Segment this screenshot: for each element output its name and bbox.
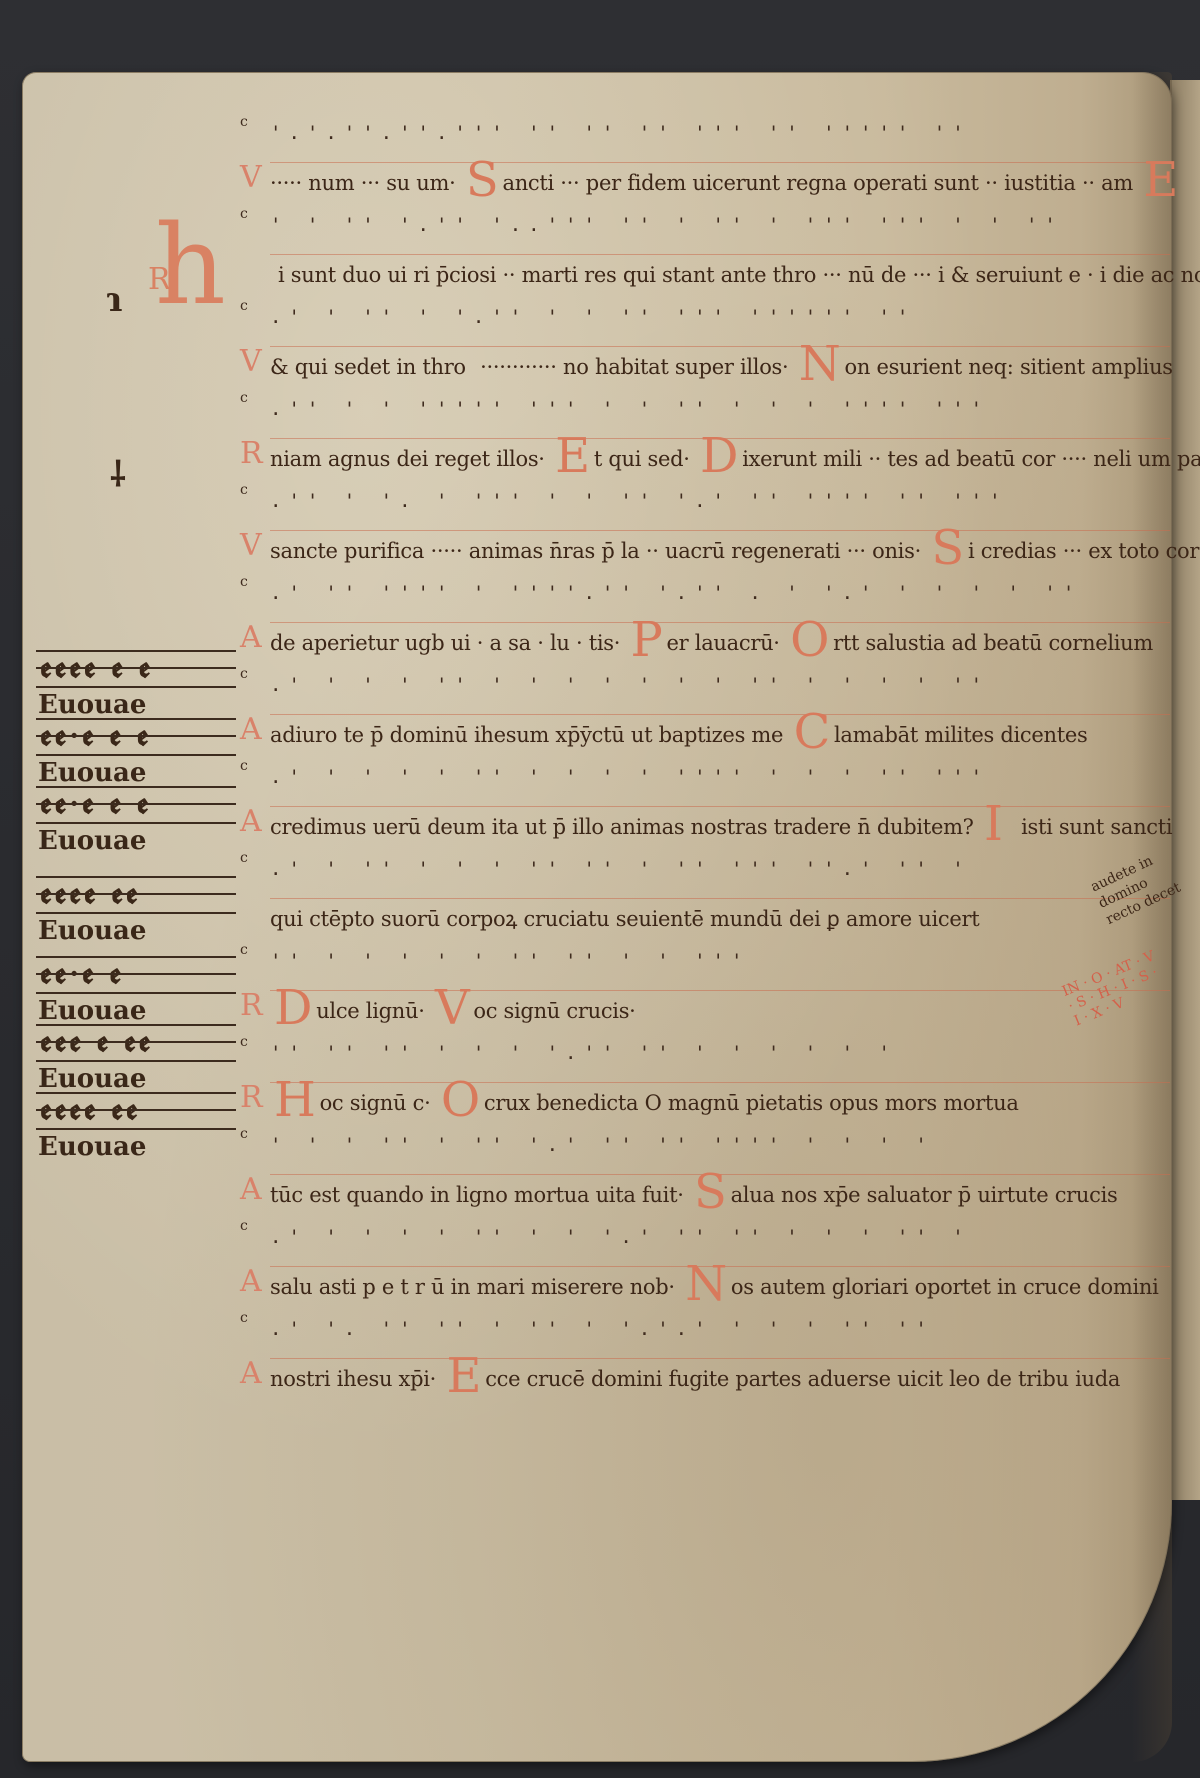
chant-text-line: de aperietur ugb ui · a sa · lu · tis· P… bbox=[270, 626, 1170, 655]
text-main: cce crucē domini fugite partes aduerse u… bbox=[485, 1367, 1120, 1391]
euouae-label: Euouae bbox=[38, 1132, 250, 1162]
chant-system: c .ꞌ ꞌ ꞌ ꞌ ꞌ ꞌꞌ ꞌ ꞌ ꞌ ꞌ ꞌꞌꞌꞌ ꞌ ꞌ ꞌ ꞌꞌ ꞌꞌ… bbox=[240, 754, 1170, 846]
rubricated-initial-2: E bbox=[1143, 152, 1178, 208]
chant-system: c .ꞌ ꞌ. ꞌꞌ ꞌꞌ ꞌ ꞌꞌ ꞌ ꞌ.ꞌ.ꞌ ꞌ ꞌ ꞌ ꞌꞌ ꞌꞌ A… bbox=[240, 1306, 1170, 1398]
rubricated-initial: D bbox=[274, 980, 312, 1036]
text-pre: adiuro te p̄ dominū ihesum xp̄ȳctū ut ba… bbox=[270, 723, 783, 747]
neume-row: ꞌꞌ ꞌꞌ ꞌꞌ ꞌ ꞌ ꞌ ꞌ.ꞌꞌ ꞌꞌ ꞌ ꞌ ꞌ ꞌ ꞌ ꞌ bbox=[270, 1042, 1170, 1083]
chant-text-line: ····· num ··· su um· Sancti ··· per fide… bbox=[270, 166, 1170, 195]
chant-system: c ꞌꞌ ꞌꞌ ꞌꞌ ꞌ ꞌ ꞌ ꞌ.ꞌꞌ ꞌꞌ ꞌ ꞌ ꞌ ꞌ ꞌ ꞌ R H… bbox=[240, 1030, 1170, 1122]
chant-system: c .ꞌ ꞌ ꞌꞌ ꞌ ꞌ.ꞌꞌ ꞌ ꞌ ꞌꞌ ꞌꞌꞌ ꞌꞌꞌꞌꞌꞌ ꞌꞌ V … bbox=[240, 294, 1170, 386]
neume-row: .ꞌ ꞌ ꞌ ꞌ ꞌ ꞌꞌ ꞌ ꞌ ꞌ ꞌ ꞌꞌꞌꞌ ꞌ ꞌ ꞌ ꞌꞌ ꞌꞌꞌ bbox=[270, 766, 1170, 807]
psalm-tone-entry: ꬲꬲꬲ ꬲ ꬲꬲ Euouae bbox=[30, 1024, 250, 1092]
neume-row: .ꞌ ꞌ ꞌ ꞌ ꞌꞌ ꞌ ꞌ ꞌ ꞌ ꞌ ꞌ ꞌ ꞌꞌ ꞌ ꞌ ꞌ ꞌ ꞌꞌ bbox=[270, 674, 1170, 715]
chant-text-line: salu asti p e t r ū in mari miserere nob… bbox=[270, 1270, 1170, 1299]
text-post: ixerunt mili ·· tes ad beatū cor ···· ne… bbox=[742, 447, 1200, 471]
text-main: er lauacrū· bbox=[667, 631, 780, 655]
rubricated-initial: P bbox=[631, 612, 663, 668]
chant-system: c ꞌꞌ ꞌ ꞌ ꞌ ꞌ ꞌ ꞌꞌ ꞌꞌ ꞌ ꞌ ꞌꞌꞌ R Dulce lig… bbox=[240, 938, 1170, 1030]
chant-system: c .ꞌ ꞌꞌ ꞌꞌꞌꞌ ꞌ ꞌꞌꞌꞌ.ꞌꞌ ꞌ.ꞌꞌ . ꞌ ꞌ.ꞌ ꞌ ꞌ … bbox=[240, 570, 1170, 662]
rubric-cue: R bbox=[240, 436, 263, 471]
text-pre: & qui sedet in thro bbox=[270, 355, 466, 379]
text-main: lamabāt milites dicentes bbox=[834, 723, 1087, 747]
rubricated-initial: E bbox=[555, 428, 590, 484]
margin-psalm-tones: ꬲꬲꬲꬲ ꬲ ꬲ Euouae ꬲꬲ·ꬲ ꬲ ꬲ Euouae ꬲꬲ·ꬲ ꬲ ꬲ… bbox=[30, 650, 250, 1160]
c-clef-icon: c bbox=[240, 114, 248, 130]
margin-staff: ꬲꬲꬲꬲ ꬲ ꬲ bbox=[36, 650, 236, 688]
rubric-cue: V bbox=[240, 528, 262, 563]
rubricated-initial-2: D bbox=[700, 428, 738, 484]
neume-row: .ꞌ ꞌ. ꞌꞌ ꞌꞌ ꞌ ꞌꞌ ꞌ ꞌ.ꞌ.ꞌ ꞌ ꞌ ꞌ ꞌꞌ ꞌꞌ bbox=[270, 1318, 1170, 1359]
neume-row: .ꞌ ꞌꞌ ꞌꞌꞌꞌ ꞌ ꞌꞌꞌꞌ.ꞌꞌ ꞌ.ꞌꞌ . ꞌ ꞌ.ꞌ ꞌ ꞌ ꞌ … bbox=[270, 582, 1170, 623]
text-main: ulce lignū· bbox=[316, 999, 424, 1023]
text-main: os autem gloriari oportet in cruce domin… bbox=[731, 1275, 1159, 1299]
chant-text-line: Dulce lignū· Voc signū crucis· bbox=[270, 994, 1170, 1023]
rubricated-initial-2: V bbox=[435, 980, 469, 1036]
rubric-cue: V bbox=[240, 344, 262, 379]
responsory-mark: R bbox=[148, 262, 171, 297]
text-main: i sunt duo ui ri p̄ciosi ·· marti res qu… bbox=[278, 263, 1200, 287]
text-pre: tūc est quando in ligno mortua uita fuit… bbox=[270, 1183, 684, 1207]
facing-leaf-edge bbox=[1170, 80, 1200, 1500]
margin-staff: ꬲꬲ·ꬲ ꬲ ꬲ bbox=[36, 718, 236, 756]
text-main: oc signū c· bbox=[320, 1091, 431, 1115]
text-post: oc signū crucis· bbox=[473, 999, 635, 1023]
chant-text-line: i sunt duo ui ri p̄ciosi ·· marti res qu… bbox=[270, 258, 1170, 287]
text-post: isti sunt sancti bbox=[1021, 815, 1172, 839]
chant-text-line: niam agnus dei reget illos· Et qui sed· … bbox=[270, 442, 1170, 471]
text-pre: salu asti p e t r ū in mari miserere nob… bbox=[270, 1275, 675, 1299]
neume-row: ꞌ ꞌ ꞌꞌ ꞌ.ꞌꞌ ꞌ..ꞌꞌꞌ ꞌꞌ ꞌ ꞌꞌ ꞌ ꞌꞌꞌ ꞌꞌꞌ ꞌ ꞌ… bbox=[270, 214, 1170, 255]
margin-staff: ꬲꬲꬲ ꬲ ꬲꬲ bbox=[36, 1024, 236, 1062]
margin-mark-1: ɿ bbox=[106, 280, 123, 320]
psalm-tone-entry: ꬲꬲꬲꬲ ꬲꬲ Euouae bbox=[30, 876, 250, 956]
c-clef-icon: c bbox=[240, 1218, 248, 1234]
euouae-label: Euouae bbox=[38, 916, 250, 946]
chant-system: c .ꞌꞌ ꞌ ꞌ. ꞌ ꞌꞌꞌ ꞌ ꞌ ꞌꞌ ꞌ.ꞌ ꞌꞌ ꞌꞌꞌꞌ ꞌꞌ ꞌ… bbox=[240, 478, 1170, 570]
psalm-tone-entry: ꬲꬲ·ꬲ ꬲ Euouae bbox=[30, 956, 250, 1024]
psalm-tone-entry: ꬲꬲꬲꬲ ꬲ ꬲ Euouae bbox=[30, 650, 250, 718]
margin-staff: ꬲꬲ·ꬲ ꬲ ꬲ bbox=[36, 786, 236, 824]
rubricated-initial: C bbox=[794, 704, 830, 760]
chant-system: c ꞌ ꞌ ꞌ ꞌꞌ ꞌ ꞌꞌ ꞌ.ꞌ ꞌꞌ ꞌꞌ ꞌꞌꞌꞌ ꞌ ꞌ ꞌ ꞌ A… bbox=[240, 1122, 1170, 1214]
text-post: crux benedicta O magnū pietatis opus mor… bbox=[484, 1091, 1019, 1115]
chant-text-line: sancte purifica ····· animas n̄ras p̄ la… bbox=[270, 534, 1170, 563]
c-clef-icon: c bbox=[240, 206, 248, 222]
c-clef-icon: c bbox=[240, 1310, 248, 1326]
chant-system: c ꞌ.ꞌ.ꞌꞌ.ꞌꞌ.ꞌꞌꞌ ꞌꞌ ꞌꞌ ꞌꞌ ꞌꞌꞌ ꞌꞌ ꞌꞌꞌꞌꞌ ꞌꞌ… bbox=[240, 110, 1170, 202]
rubricated-initial: N bbox=[685, 1256, 727, 1312]
rubricated-initial: S bbox=[466, 152, 499, 208]
text-main: t qui sed· bbox=[594, 447, 690, 471]
neume-row: ꞌ.ꞌ.ꞌꞌ.ꞌꞌ.ꞌꞌꞌ ꞌꞌ ꞌꞌ ꞌꞌ ꞌꞌꞌ ꞌꞌ ꞌꞌꞌꞌꞌ ꞌꞌ bbox=[270, 122, 1170, 163]
c-clef-icon: c bbox=[240, 390, 248, 406]
rubricated-initial: H bbox=[274, 1072, 316, 1128]
neume-row: .ꞌ ꞌ ꞌꞌ ꞌ ꞌ ꞌ ꞌꞌ ꞌꞌ ꞌ ꞌꞌ ꞌꞌꞌ ꞌꞌ.ꞌ ꞌꞌ ꞌ bbox=[270, 858, 1170, 899]
rubricated-initial-2: N bbox=[799, 336, 841, 392]
text-pre: de aperietur ugb ui · a sa · lu · tis· bbox=[270, 631, 620, 655]
text-main: ancti ··· per fidem uicerunt regna opera… bbox=[502, 171, 1133, 195]
margin-neumes: ꬲꬲ·ꬲ ꬲ bbox=[40, 954, 124, 992]
margin-neumes: ꬲꬲꬲꬲ ꬲ ꬲ bbox=[40, 648, 153, 686]
c-clef-icon: c bbox=[240, 574, 248, 590]
chant-text-line: Hoc signū c· Ocrux benedicta O magnū pie… bbox=[270, 1086, 1170, 1115]
text-main: i credias ··· ex toto cor bbox=[968, 539, 1199, 563]
text-post: on esurient neq: sitient amplius bbox=[845, 355, 1173, 379]
neume-row: .ꞌ ꞌ ꞌꞌ ꞌ ꞌ.ꞌꞌ ꞌ ꞌ ꞌꞌ ꞌꞌꞌ ꞌꞌꞌꞌꞌꞌ ꞌꞌ bbox=[270, 306, 1170, 347]
text-pre: niam agnus dei reget illos· bbox=[270, 447, 545, 471]
text-main: alua nos xp̄e saluator p̄ uirtute crucis bbox=[731, 1183, 1118, 1207]
rubricated-initial: S bbox=[931, 520, 964, 576]
chant-text-line: & qui sedet in thro ············ no habi… bbox=[270, 350, 1170, 379]
text-pre: nostri ihesu xp̄i· bbox=[270, 1367, 436, 1391]
rubric-cue: A bbox=[240, 1172, 262, 1207]
margin-staff: ꬲꬲꬲꬲ ꬲꬲ bbox=[36, 876, 236, 914]
margin-neumes: ꬲꬲꬲꬲ ꬲꬲ bbox=[40, 874, 140, 912]
text-pre: credimus uerū deum ita ut p̄ illo animas… bbox=[270, 815, 974, 839]
psalm-tone-entry: ꬲꬲ·ꬲ ꬲ ꬲ Euouae bbox=[30, 718, 250, 786]
chant-system: c .ꞌ ꞌ ꞌꞌ ꞌ ꞌ ꞌ ꞌꞌ ꞌꞌ ꞌ ꞌꞌ ꞌꞌꞌ ꞌꞌ.ꞌ ꞌꞌ ꞌ… bbox=[240, 846, 1170, 938]
rubric-cue: A bbox=[240, 1356, 262, 1391]
text-main: ············ no habitat super illos· bbox=[480, 355, 788, 379]
rubricated-initial: I bbox=[984, 796, 1003, 852]
rubricated-initial: E bbox=[446, 1348, 481, 1404]
rubricated-initial: S bbox=[694, 1164, 727, 1220]
margin-neumes: ꬲꬲ·ꬲ ꬲ ꬲ bbox=[40, 716, 151, 754]
neume-row: ꞌꞌ ꞌ ꞌ ꞌ ꞌ ꞌ ꞌꞌ ꞌꞌ ꞌ ꞌ ꞌꞌꞌ bbox=[270, 950, 1170, 991]
margin-neumes: ꬲꬲꬲꬲ ꬲꬲ bbox=[40, 1090, 140, 1128]
chant-text-line: nostri ihesu xp̄i· Ecce crucē domini fug… bbox=[270, 1362, 1170, 1391]
c-clef-icon: c bbox=[240, 298, 248, 314]
text-pre: sancte purifica ····· animas n̄ras p̄ la… bbox=[270, 539, 921, 563]
rubricated-initial-2: O bbox=[441, 1072, 480, 1128]
chant-text-line: qui ctēpto suorū corpoꝝ cruciatu seuient… bbox=[270, 902, 1170, 933]
neume-row: .ꞌꞌ ꞌ ꞌ. ꞌ ꞌꞌꞌ ꞌ ꞌ ꞌꞌ ꞌ.ꞌ ꞌꞌ ꞌꞌꞌꞌ ꞌꞌ ꞌꞌꞌ bbox=[270, 490, 1170, 531]
chant-system: c .ꞌ ꞌ ꞌ ꞌ ꞌ ꞌꞌ ꞌ ꞌ ꞌ.ꞌ ꞌꞌ ꞌꞌ ꞌ ꞌ ꞌ ꞌꞌ ꞌ… bbox=[240, 1214, 1170, 1306]
psalm-tone-entry: ꬲꬲ·ꬲ ꬲ ꬲ Euouae bbox=[30, 786, 250, 876]
margin-staff: ꬲꬲ·ꬲ ꬲ bbox=[36, 956, 236, 994]
chant-system: c .ꞌ ꞌ ꞌ ꞌ ꞌꞌ ꞌ ꞌ ꞌ ꞌ ꞌ ꞌ ꞌ ꞌꞌ ꞌ ꞌ ꞌ ꞌ ꞌ… bbox=[240, 662, 1170, 754]
chant-system: c ꞌ ꞌ ꞌꞌ ꞌ.ꞌꞌ ꞌ..ꞌꞌꞌ ꞌꞌ ꞌ ꞌꞌ ꞌ ꞌꞌꞌ ꞌꞌꞌ ꞌ… bbox=[240, 202, 1170, 294]
text-pre: qui ctēpto suorū corpoꝝ cruciatu seuient… bbox=[270, 907, 979, 931]
margin-neumes: ꬲꬲ·ꬲ ꬲ ꬲ bbox=[40, 784, 151, 822]
text-post: rtt salustia ad beatū cornelium bbox=[833, 631, 1153, 655]
chant-system: c .ꞌꞌ ꞌ ꞌ ꞌꞌꞌꞌꞌ ꞌꞌꞌ ꞌ ꞌ ꞌꞌ ꞌ ꞌ ꞌ ꞌꞌꞌꞌ ꞌꞌ… bbox=[240, 386, 1170, 478]
chant-text-line: adiuro te p̄ dominū ihesum xp̄ȳctū ut ba… bbox=[270, 718, 1170, 747]
chant-text-line: credimus uerū deum ita ut p̄ illo animas… bbox=[270, 810, 1170, 839]
psalm-tone-entry: ꬲꬲꬲꬲ ꬲꬲ Euouae bbox=[30, 1092, 250, 1160]
chant-text-line: tūc est quando in ligno mortua uita fuit… bbox=[270, 1178, 1170, 1207]
rubric-cue: A bbox=[240, 1264, 262, 1299]
text-pre: ····· num ··· su um· bbox=[270, 171, 455, 195]
c-clef-icon: c bbox=[240, 482, 248, 498]
chant-text-block: c ꞌ.ꞌ.ꞌꞌ.ꞌꞌ.ꞌꞌꞌ ꞌꞌ ꞌꞌ ꞌꞌ ꞌꞌꞌ ꞌꞌ ꞌꞌꞌꞌꞌ ꞌꞌ… bbox=[240, 110, 1170, 1398]
rubricated-initial-2: O bbox=[790, 612, 829, 668]
margin-staff: ꬲꬲꬲꬲ ꬲꬲ bbox=[36, 1092, 236, 1130]
margin-neumes: ꬲꬲꬲ ꬲ ꬲꬲ bbox=[40, 1022, 153, 1060]
euouae-label: Euouae bbox=[38, 826, 250, 856]
margin-mark-2: ⸸ bbox=[110, 450, 126, 496]
rubric-cue: V bbox=[240, 160, 262, 195]
